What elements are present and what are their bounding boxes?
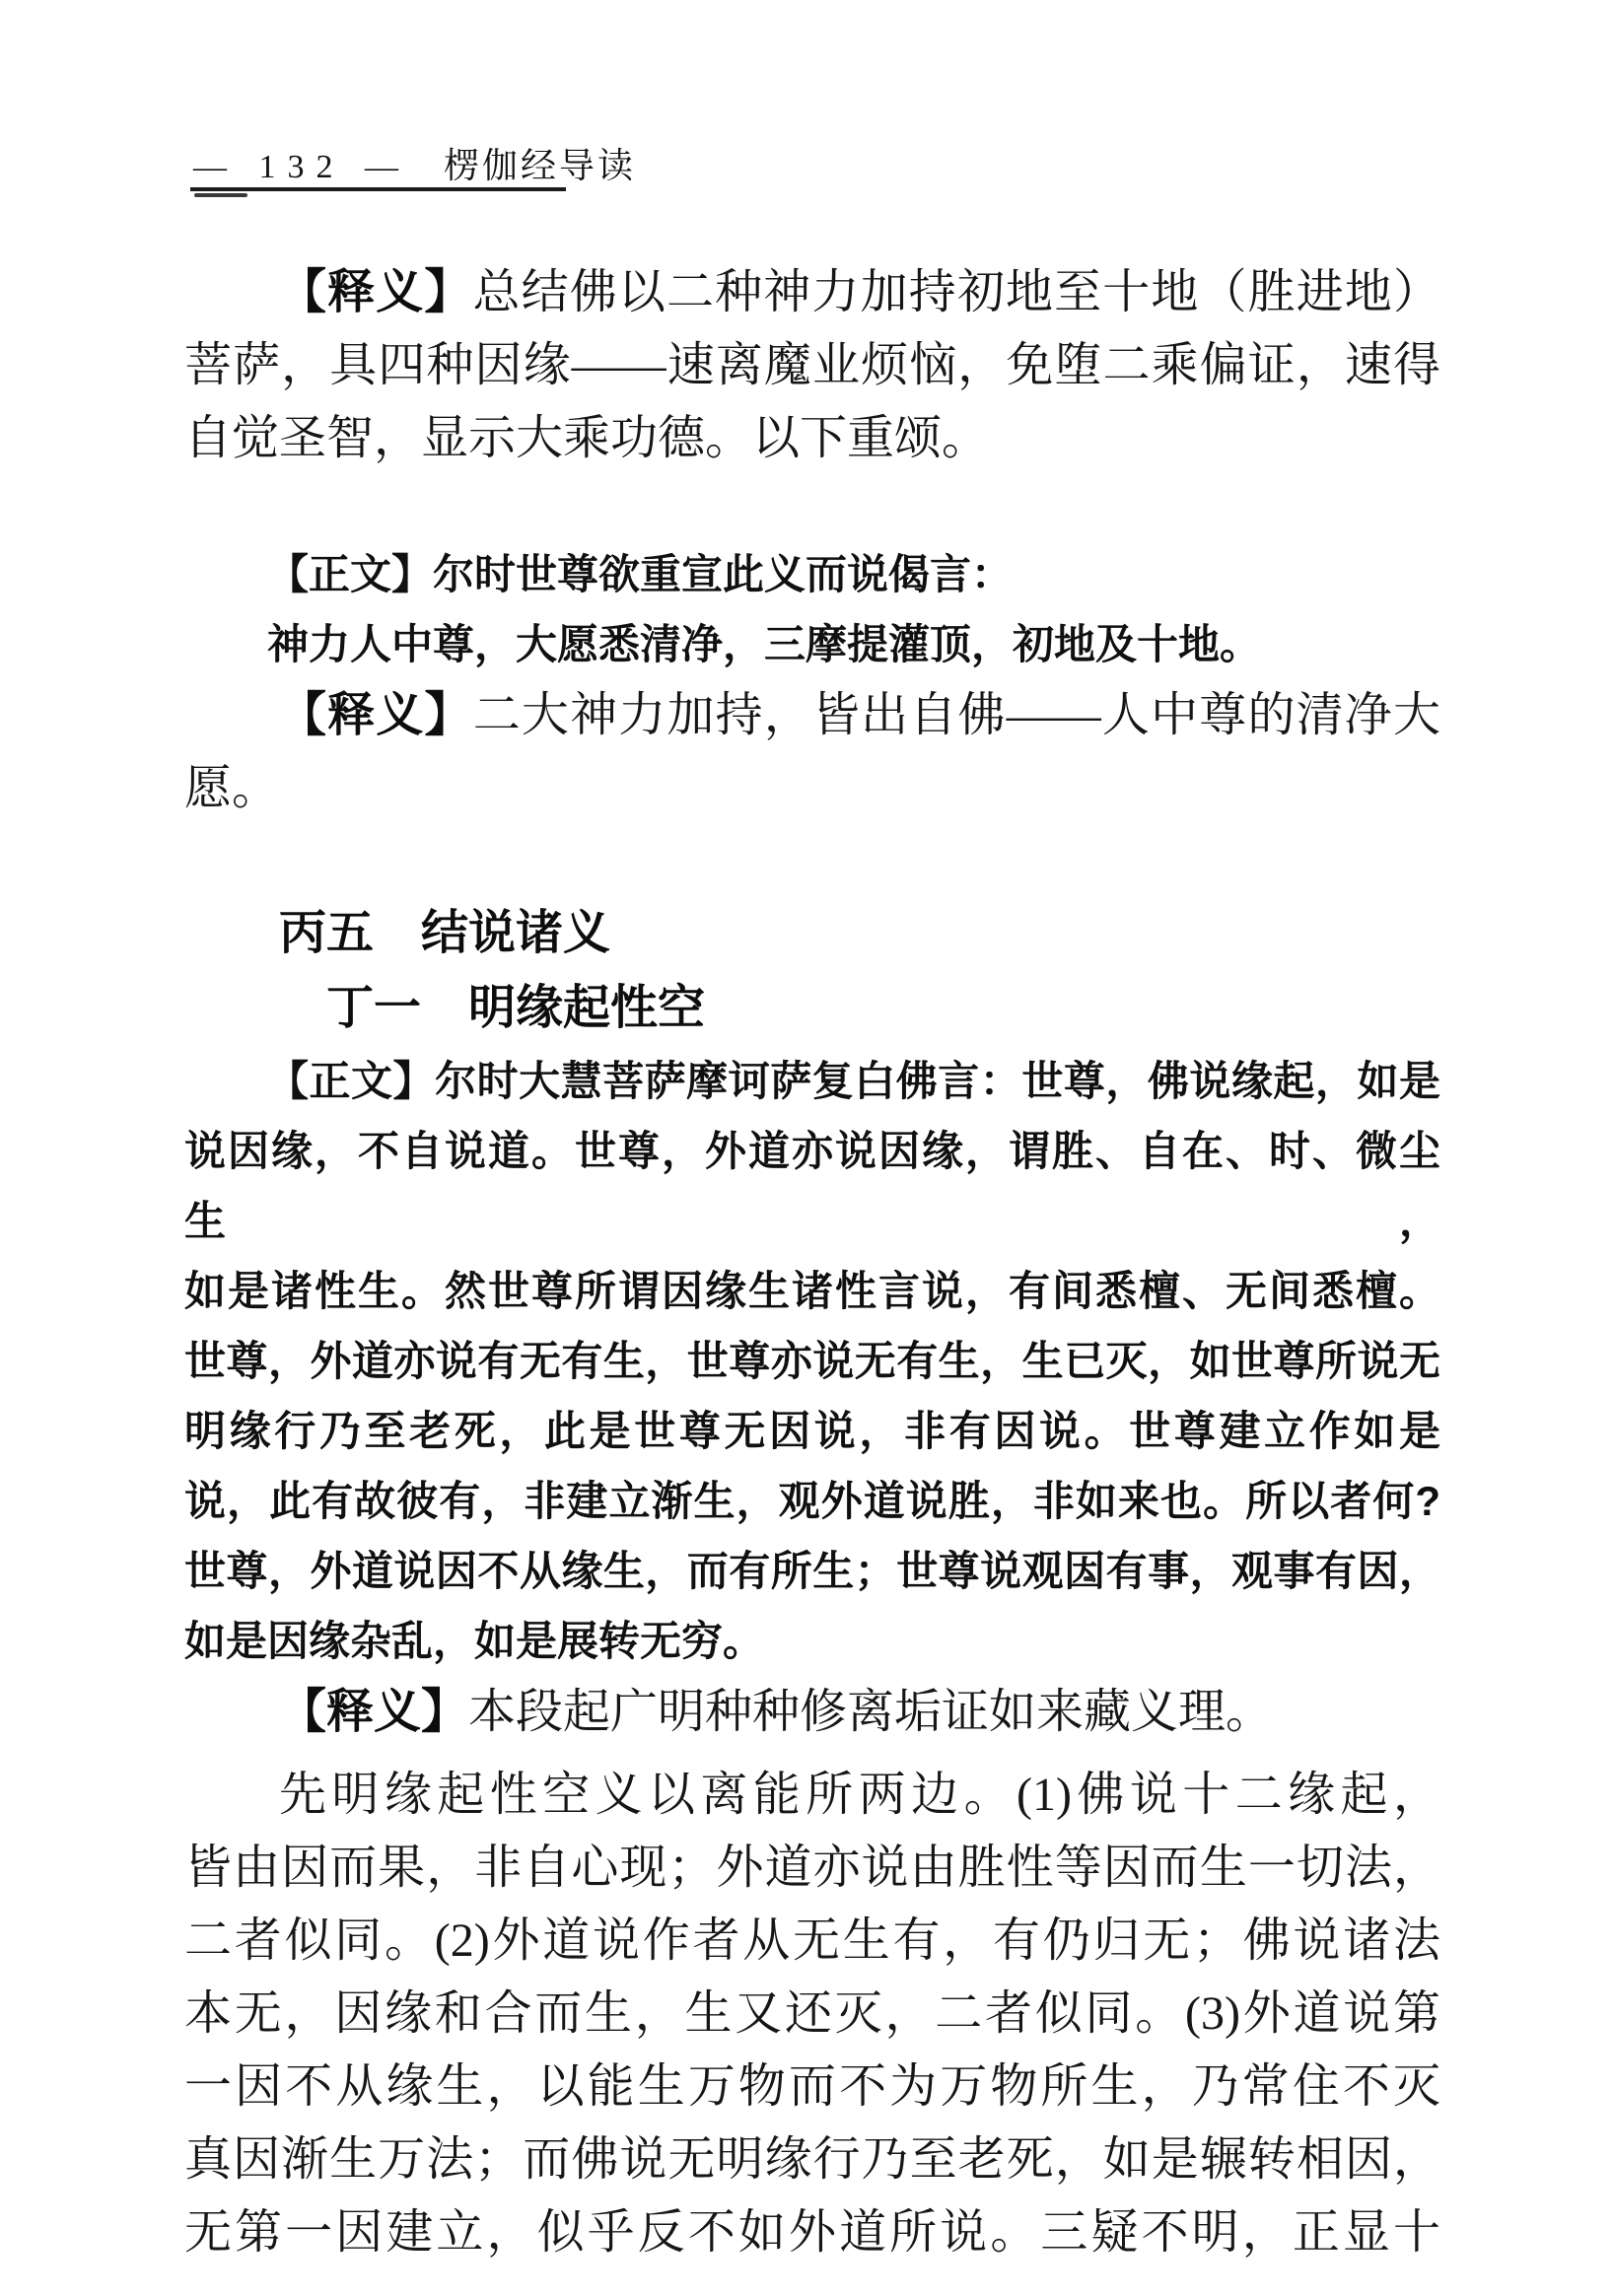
- text-line: 自觉圣智，显示大乘功德。以下重颂。: [184, 402, 1440, 475]
- text-line: 先明缘起性空义以离能所两边。(1)佛说十二缘起，: [184, 1759, 1440, 1832]
- text-line: 说因缘，不自说道。世尊，外道亦说因缘，谓胜、自在、时、微尘生，: [184, 1116, 1440, 1256]
- text-line: 明缘行乃至老死，此是世尊无因说，非有因说。世尊建立作如是: [184, 1396, 1440, 1466]
- page-number: — 132 —: [193, 148, 410, 187]
- scan-smudge: [194, 193, 247, 197]
- block-label: 【释义】: [279, 689, 473, 741]
- scripture-main: 【正文】尔时大慧菩萨摩诃萨复白佛言：世尊，佛说缘起，如是说因缘，不自说道。世尊，…: [184, 1046, 1440, 1676]
- page-body: 【释义】总结佛以二种神力加持初地至十地（胜进地）菩萨，具四种因缘——速离魔业烦恼…: [184, 256, 1440, 2269]
- header-rule: [190, 187, 566, 191]
- text-line: 二者似同。(2)外道说作者从无生有，有仍归无；佛说诸法: [184, 1905, 1440, 1978]
- text-line: 【释义】本段起广明种种修离垢证如来藏义理。: [184, 1676, 1440, 1749]
- scripture-verse: 【正文】尔时世尊欲重宣此义而说偈言：神力人中尊，大愿悉清净，三摩提灌顶，初地及十…: [184, 539, 1440, 679]
- text-line: 愿。: [184, 752, 1440, 825]
- commentary-analysis: 先明缘起性空义以离能所两边。(1)佛说十二缘起，皆由因而果，非自心现；外道亦说由…: [184, 1759, 1440, 2269]
- block-label: 【释义】: [279, 1686, 468, 1738]
- text-line: 菩萨，具四种因缘——速离魔业烦恼，免堕二乘偏证，速得: [184, 329, 1440, 402]
- book-page: — 132 — 楞伽经导读 【释义】总结佛以二种神力加持初地至十地（胜进地）菩萨…: [0, 0, 1612, 2296]
- commentary-overview: 【释义】总结佛以二种神力加持初地至十地（胜进地）菩萨，具四种因缘——速离魔业烦恼…: [184, 256, 1440, 475]
- text-line: 【释义】总结佛以二种神力加持初地至十地（胜进地）: [184, 256, 1440, 329]
- block-label: 【释义】: [279, 266, 473, 318]
- text-line: 世尊，外道说因不从缘生，而有所生；世尊说观因有事，观事有因，: [184, 1536, 1440, 1606]
- text-line: 神力人中尊，大愿悉清净，三摩提灌顶，初地及十地。: [184, 609, 1440, 679]
- text-line: 如是因缘杂乱，如是展转无穷。: [184, 1606, 1440, 1676]
- text-line: 如是诸性生。然世尊所谓因缘生诸性言说，有间悉檀、无间悉檀。: [184, 1256, 1440, 1326]
- text-line: 说，此有故彼有，非建立渐生，观外道说胜，非如来也。所以者何?: [184, 1466, 1440, 1536]
- text-line: 【正文】尔时世尊欲重宣此义而说偈言：: [184, 539, 1440, 609]
- text-line: 世尊，外道亦说有无有生，世尊亦说无有生，生已灭，如世尊所说无: [184, 1326, 1440, 1396]
- section-heading-bing-five: 丙五 结说诸义: [184, 896, 1440, 971]
- commentary-intro: 【释义】本段起广明种种修离垢证如来藏义理。: [184, 1676, 1440, 1749]
- text-line: 一因不从缘生，以能生万物而不为万物所生，乃常住不灭: [184, 2051, 1440, 2123]
- running-header: — 132 — 楞伽经导读: [193, 146, 636, 187]
- book-title: 楞伽经导读: [444, 146, 636, 185]
- text-line: 【正文】尔时大慧菩萨摩诃萨复白佛言：世尊，佛说缘起，如是: [184, 1046, 1440, 1116]
- text-line: 本无，因缘和合而生，生又还灭，二者似同。(3)外道说第: [184, 1978, 1440, 2051]
- text-line: 【释义】二大神力加持，皆出自佛——人中尊的清净大: [184, 679, 1440, 752]
- scan-speck: [1084, 1576, 1094, 1581]
- text-line: 无第一因建立，似乎反不如外道所说。三疑不明，正显十: [184, 2196, 1440, 2269]
- text-line: 皆由因而果，非自心现；外道亦说由胜性等因而生一切法，: [184, 1832, 1440, 1905]
- commentary-verse: 【释义】二大神力加持，皆出自佛——人中尊的清净大愿。: [184, 679, 1440, 825]
- section-heading-ding-one: 丁一 明缘起性空: [184, 971, 1440, 1046]
- text-line: 真因渐生万法；而佛说无明缘行乃至老死，如是辗转相因，: [184, 2123, 1440, 2196]
